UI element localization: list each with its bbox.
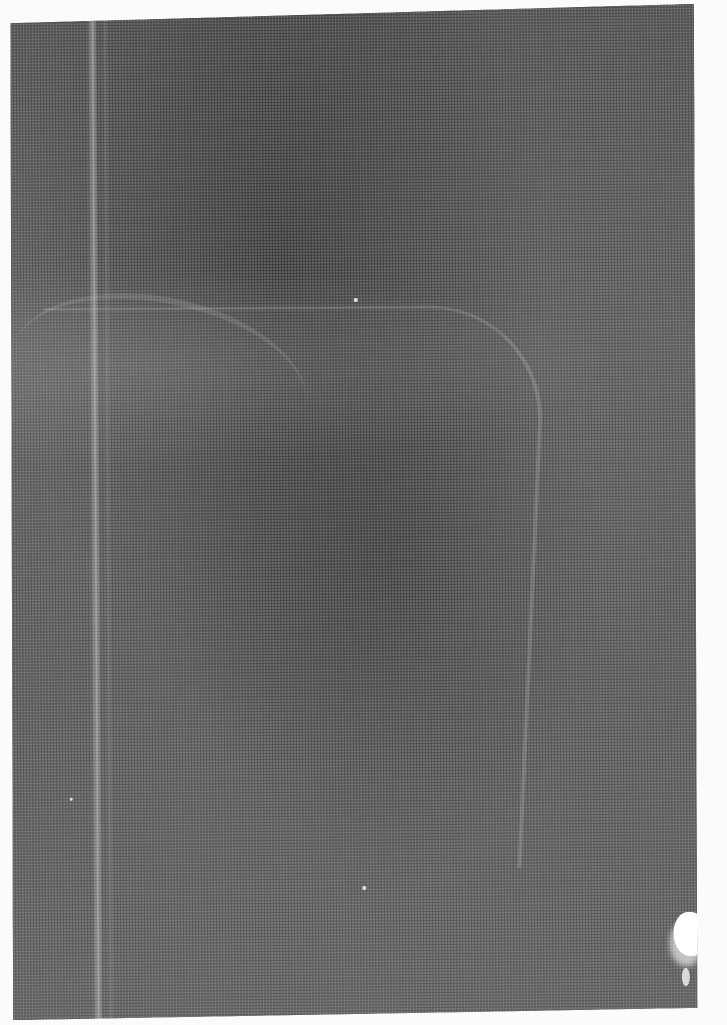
worn-corner-fragment [682,968,690,986]
book-cover [7,4,700,1020]
dust-speck [70,798,73,801]
worn-corner [673,912,703,956]
dust-speck [354,298,358,302]
scanned-page [0,0,727,1025]
embossed-frame [17,305,547,871]
dust-speck [362,886,366,890]
